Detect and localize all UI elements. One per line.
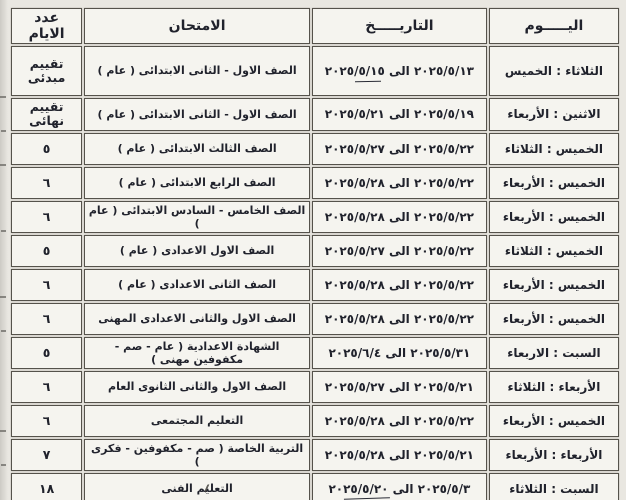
scan-noise-mark — [1, 464, 6, 466]
date-end: ٢٠٢٥/٥/٢٧ — [325, 142, 385, 156]
date-separator: الى — [389, 278, 410, 292]
day-cell: الخميس : الأربعاء — [489, 303, 619, 335]
date-separator: الى — [385, 346, 406, 360]
exam-cell: التربية الخاصة ( صم - مكفوفين - فكرى ) — [84, 439, 310, 471]
date-separator: الى — [389, 380, 410, 394]
date-end: ٢٠٢٥/٥/١٥ — [325, 64, 385, 78]
scanned-exam-schedule-page: اليـــــوم التاريـــــخ الامتحان عدد الا… — [0, 0, 626, 500]
date-start: ٢٠٢٥/٥/٣١ — [410, 346, 470, 360]
day-cell: الاثنين : الأربعاء — [489, 98, 619, 131]
table-row: الأربعاء : الأربعاء ٢٠٢٥/٥/٢١ الى ٢٠٢٥/٥… — [11, 439, 619, 471]
days-count-cell: ٦ — [11, 269, 82, 301]
day-cell: الثلاثاء : الخميس — [489, 46, 619, 96]
table-row: السبت : الثلاثاء ٢٠٢٥/٥/٣ الى ٢٠٢٥/٥/٢٠ … — [11, 473, 619, 500]
date-cell: ٢٠٢٥/٥/٢٢ الى ٢٠٢٥/٥/٢٧ — [312, 235, 487, 267]
date-start: ٢٠٢٥/٥/٢١ — [414, 448, 474, 462]
date-separator: الى — [389, 414, 410, 428]
days-count-cell: ٦ — [11, 371, 82, 403]
date-end: ٢٠٢٥/٦/٤ — [328, 346, 381, 360]
date-start: ٢٠٢٥/٥/٣ — [418, 482, 471, 496]
date-cell: ٢٠٢٥/٥/٣١ الى ٢٠٢٥/٦/٤ — [312, 337, 487, 369]
table-row: الخميس : الأربعاء ٢٠٢٥/٥/٢٢ الى ٢٠٢٥/٥/٢… — [11, 405, 619, 437]
scan-noise-mark — [0, 430, 6, 432]
scan-noise-mark — [1, 330, 6, 332]
day-cell: السبت : الاربعاء — [489, 337, 619, 369]
days-count-cell: تقييم نهائى — [11, 98, 82, 131]
header-day: اليـــــوم — [489, 8, 619, 44]
days-count-cell: ٦ — [11, 167, 82, 199]
scan-noise-mark — [1, 130, 6, 132]
date-end: ٢٠٢٥/٥/٢١ — [325, 107, 385, 121]
date-separator: الى — [389, 142, 410, 156]
date-separator: الى — [389, 210, 410, 224]
date-cell: ٢٠٢٥/٥/١٩ الى ٢٠٢٥/٥/٢١ — [312, 98, 487, 131]
date-end: ٢٠٢٥/٥/٢٨ — [325, 448, 385, 462]
day-cell: الخميس : الأربعاء — [489, 269, 619, 301]
table-row: الأربعاء : الثلاثاء ٢٠٢٥/٥/٢١ الى ٢٠٢٥/٥… — [11, 371, 619, 403]
table-row: السبت : الاربعاء ٢٠٢٥/٥/٣١ الى ٢٠٢٥/٦/٤ … — [11, 337, 619, 369]
day-cell: الخميس : الأربعاء — [489, 405, 619, 437]
day-cell: الخميس : الثلاثاء — [489, 235, 619, 267]
date-cell: ٢٠٢٥/٥/٢٢ الى ٢٠٢٥/٥/٢٨ — [312, 167, 487, 199]
days-count-cell: ٦ — [11, 405, 82, 437]
date-end: ٢٠٢٥/٥/٢٧ — [325, 380, 385, 394]
date-cell: ٢٠٢٥/٥/٢٢ الى ٢٠٢٥/٥/٢٨ — [312, 303, 487, 335]
exam-cell: الصف الاول - الثانى الابتدائى ( عام ) — [84, 98, 310, 131]
days-count-cell: ٦ — [11, 201, 82, 233]
table-row: الاثنين : الأربعاء ٢٠٢٥/٥/١٩ الى ٢٠٢٥/٥/… — [11, 98, 619, 131]
date-separator: الى — [389, 176, 410, 190]
date-start: ٢٠٢٥/٥/١٣ — [414, 64, 474, 78]
days-count-cell: تقييم مبدئى — [11, 46, 82, 96]
date-start: ٢٠٢٥/٥/٢٢ — [414, 414, 474, 428]
day-cell: الخميس : الثلاثاء — [489, 133, 619, 165]
date-start: ٢٠٢٥/٥/٢٢ — [414, 210, 474, 224]
date-end: ٢٠٢٥/٥/٢٨ — [325, 312, 385, 326]
table-row: الخميس : الأربعاء ٢٠٢٥/٥/٢٢ الى ٢٠٢٥/٥/٢… — [11, 167, 619, 199]
date-start: ٢٠٢٥/٥/٢١ — [414, 380, 474, 394]
days-count-cell: ٦ — [11, 303, 82, 335]
date-start: ٢٠٢٥/٥/٢٢ — [414, 244, 474, 258]
date-end: ٢٠٢٥/٥/٢٨ — [325, 210, 385, 224]
date-cell: ٢٠٢٥/٥/٢١ الى ٢٠٢٥/٥/٢٧ — [312, 371, 487, 403]
date-cell: ٢٠٢٥/٥/٢١ الى ٢٠٢٥/٥/٢٨ — [312, 439, 487, 471]
date-separator: الى — [389, 244, 410, 258]
exam-cell: الصف الثانى الاعدادى ( عام ) — [84, 269, 310, 301]
date-end: ٢٠٢٥/٥/٢٨ — [325, 278, 385, 292]
table-row: الخميس : الأربعاء ٢٠٢٥/٥/٢٢ الى ٢٠٢٥/٥/٢… — [11, 201, 619, 233]
date-separator: الى — [389, 107, 410, 121]
exam-cell: التعليم الفنى — [84, 473, 310, 500]
day-cell: الأربعاء : الثلاثاء — [489, 371, 619, 403]
exam-cell: الشهادة الاعدادية ( عام - صم - مكفوفين م… — [84, 337, 310, 369]
day-cell: الأربعاء : الأربعاء — [489, 439, 619, 471]
header-date: التاريـــــخ — [312, 8, 487, 44]
date-separator: الى — [389, 312, 410, 326]
day-cell: الخميس : الأربعاء — [489, 167, 619, 199]
date-cell: ٢٠٢٥/٥/٣ الى ٢٠٢٥/٥/٢٠ — [312, 473, 487, 500]
date-cell: ٢٠٢٥/٥/٢٢ الى ٢٠٢٥/٥/٢٨ — [312, 201, 487, 233]
date-cell: ٢٠٢٥/٥/٢٢ الى ٢٠٢٥/٥/٢٨ — [312, 269, 487, 301]
exam-cell: الصف الاول - الثانى الابتدائى ( عام ) — [84, 46, 310, 96]
date-cell: ٢٠٢٥/٥/١٣ الى ٢٠٢٥/٥/١٥ — [312, 46, 487, 96]
scan-noise-mark — [1, 230, 6, 232]
date-end: ٢٠٢٥/٥/٢٨ — [325, 176, 385, 190]
header-exam: الامتحان — [84, 8, 310, 44]
date-start: ٢٠٢٥/٥/١٩ — [414, 107, 474, 121]
table-row: الثلاثاء : الخميس ٢٠٢٥/٥/١٣ الى ٢٠٢٥/٥/١… — [11, 46, 619, 96]
date-separator: الى — [389, 64, 410, 78]
exam-cell: الصف الرابع الابتدائى ( عام ) — [84, 167, 310, 199]
days-count-cell: ٥ — [11, 235, 82, 267]
scan-edge-shade — [0, 0, 8, 500]
date-start: ٢٠٢٥/٥/٢٢ — [414, 312, 474, 326]
date-cell: ٢٠٢٥/٥/٢٢ الى ٢٠٢٥/٥/٢٨ — [312, 405, 487, 437]
exam-schedule-table: اليـــــوم التاريـــــخ الامتحان عدد الا… — [9, 6, 621, 500]
exam-cell: الصف الثالث الابتدائى ( عام ) — [84, 133, 310, 165]
table-row: الخميس : الأربعاء ٢٠٢٥/٥/٢٢ الى ٢٠٢٥/٥/٢… — [11, 303, 619, 335]
table-row: الخميس : الأربعاء ٢٠٢٥/٥/٢٢ الى ٢٠٢٥/٥/٢… — [11, 269, 619, 301]
scan-noise-mark — [0, 296, 6, 298]
day-cell: الخميس : الأربعاء — [489, 201, 619, 233]
date-start: ٢٠٢٥/٥/٢٢ — [414, 142, 474, 156]
days-count-cell: ٧ — [11, 439, 82, 471]
exam-cell: الصف الاول الاعدادى ( عام ) — [84, 235, 310, 267]
days-count-cell: ١٨ — [11, 473, 82, 500]
exam-cell: الصف الاول والثانى الثانوى العام — [84, 371, 310, 403]
date-end: ٢٠٢٥/٥/٢٠ — [328, 482, 388, 496]
exam-cell: الصف الاول والثانى الاعدادى المهنى — [84, 303, 310, 335]
table-row: الخميس : الثلاثاء ٢٠٢٥/٥/٢٢ الى ٢٠٢٥/٥/٢… — [11, 235, 619, 267]
scan-noise-mark — [0, 164, 6, 166]
days-count-cell: ٥ — [11, 133, 82, 165]
header-row: اليـــــوم التاريـــــخ الامتحان عدد الا… — [11, 8, 619, 44]
days-count-cell: ٥ — [11, 337, 82, 369]
date-end: ٢٠٢٥/٥/٢٧ — [325, 244, 385, 258]
date-separator: الى — [393, 482, 414, 496]
date-cell: ٢٠٢٥/٥/٢٢ الى ٢٠٢٥/٥/٢٧ — [312, 133, 487, 165]
date-end: ٢٠٢٥/٥/٢٨ — [325, 414, 385, 428]
date-separator: الى — [389, 448, 410, 462]
exam-table-body: الثلاثاء : الخميس ٢٠٢٥/٥/١٣ الى ٢٠٢٥/٥/١… — [11, 46, 619, 500]
date-start: ٢٠٢٥/٥/٢٢ — [414, 176, 474, 190]
day-cell: السبت : الثلاثاء — [489, 473, 619, 500]
scan-noise-mark — [0, 96, 6, 98]
header-days-count: عدد الايام — [11, 8, 82, 44]
table-row: الخميس : الثلاثاء ٢٠٢٥/٥/٢٢ الى ٢٠٢٥/٥/٢… — [11, 133, 619, 165]
date-start: ٢٠٢٥/٥/٢٢ — [414, 278, 474, 292]
exam-cell: الصف الخامس - السادس الابتدائى ( عام ) — [84, 201, 310, 233]
exam-cell: التعليم المجتمعى — [84, 405, 310, 437]
